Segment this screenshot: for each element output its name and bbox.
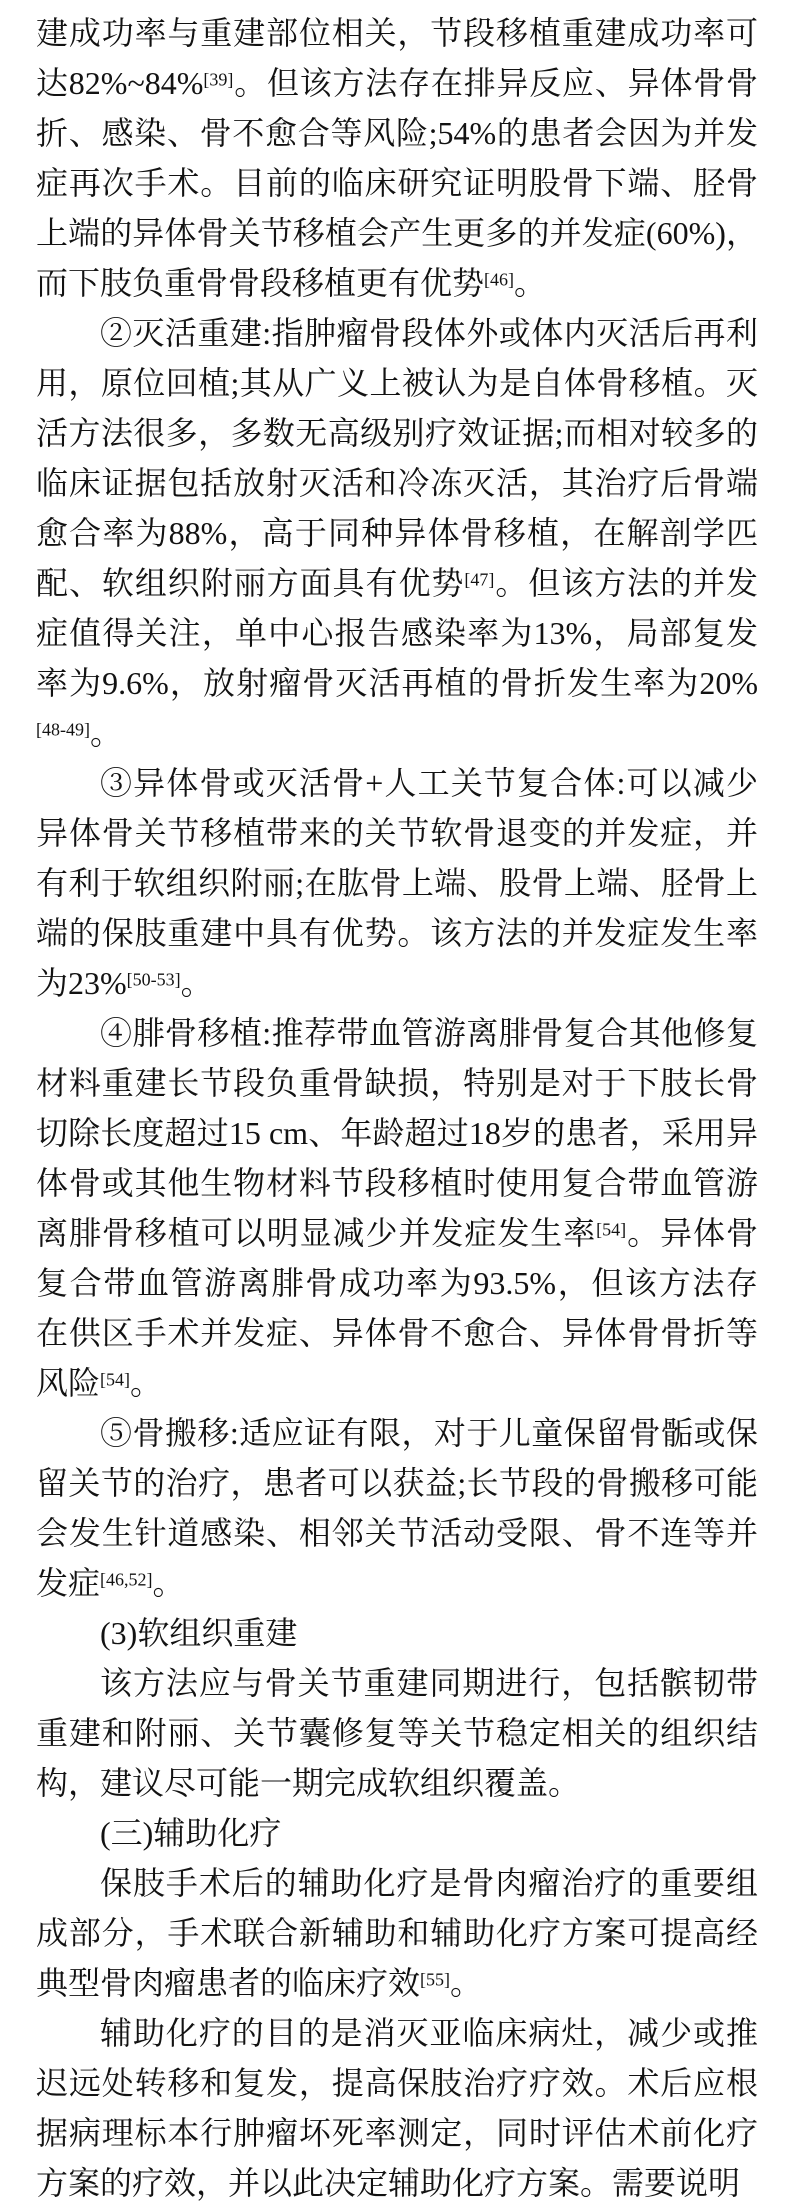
text-run: 。 bbox=[514, 265, 546, 301]
text-run: 保肢手术后的辅助化疗是骨肉瘤治疗的重要组成部分，手术联合新辅助和辅助化疗方案可提… bbox=[36, 1865, 758, 2001]
paragraph: ②灭活重建:指肿瘤骨段体外或体内灭活后再利用，原位回植;其从广义上被认为是自体骨… bbox=[36, 308, 758, 758]
reference-citation: [50-53] bbox=[127, 969, 181, 989]
reference-citation: [48-49] bbox=[36, 719, 90, 739]
reference-citation: [39] bbox=[203, 69, 233, 89]
text-run: (3)软组织重建 bbox=[100, 1615, 297, 1651]
paragraph: 保肢手术后的辅助化疗是骨肉瘤治疗的重要组成部分，手术联合新辅助和辅助化疗方案可提… bbox=[36, 1858, 758, 2008]
text-run: 该方法应与骨关节重建同期进行，包括髌韧带重建和附丽、关节囊修复等关节稳定相关的组… bbox=[36, 1665, 758, 1801]
paragraph: ④腓骨移植:推荐带血管游离腓骨复合其他修复材料重建长节段负重骨缺损，特别是对于下… bbox=[36, 1008, 758, 1408]
section-heading: (三)辅助化疗 bbox=[36, 1808, 758, 1858]
text-run: 。 bbox=[90, 715, 122, 751]
text-run: 。 bbox=[181, 965, 213, 1001]
paragraph: 该方法应与骨关节重建同期进行，包括髌韧带重建和附丽、关节囊修复等关节稳定相关的组… bbox=[36, 1658, 758, 1808]
section-heading: (3)软组织重建 bbox=[36, 1608, 758, 1658]
text-run: 。 bbox=[130, 1365, 162, 1401]
reference-citation: [46,52] bbox=[100, 1569, 153, 1589]
paragraph: 建成功率与重建部位相关，节段移植重建成功率可达82%~84%[39]。但该方法存… bbox=[36, 8, 758, 308]
text-run: ③异体骨或灭活骨+人工关节复合体:可以减少异体骨关节移植带来的关节软骨退变的并发… bbox=[36, 765, 758, 1001]
reference-citation: [47] bbox=[464, 569, 494, 589]
reference-citation: [54] bbox=[596, 1219, 626, 1239]
text-run: 。 bbox=[450, 1965, 482, 2001]
document-page: 建成功率与重建部位相关，节段移植重建成功率可达82%~84%[39]。但该方法存… bbox=[0, 0, 800, 2201]
text-run: 辅助化疗的目的是消灭亚临床病灶，减少或推迟远处转移和复发，提高保肢治疗疗效。术后… bbox=[36, 2015, 758, 2201]
text-run: (三)辅助化疗 bbox=[100, 1815, 281, 1851]
reference-citation: [54] bbox=[100, 1369, 130, 1389]
text-run: ②灭活重建:指肿瘤骨段体外或体内灭活后再利用，原位回植;其从广义上被认为是自体骨… bbox=[36, 315, 758, 601]
paragraph: ③异体骨或灭活骨+人工关节复合体:可以减少异体骨关节移植带来的关节软骨退变的并发… bbox=[36, 758, 758, 1008]
text-run: 。 bbox=[153, 1565, 185, 1601]
paragraph: ⑤骨搬移:适应证有限，对于儿童保留骨骺或保留关节的治疗，患者可以获益;长节段的骨… bbox=[36, 1408, 758, 1608]
paragraph: 辅助化疗的目的是消灭亚临床病灶，减少或推迟远处转移和复发，提高保肢治疗疗效。术后… bbox=[36, 2008, 758, 2201]
reference-citation: [55] bbox=[420, 1969, 450, 1989]
reference-citation: [46] bbox=[484, 269, 514, 289]
